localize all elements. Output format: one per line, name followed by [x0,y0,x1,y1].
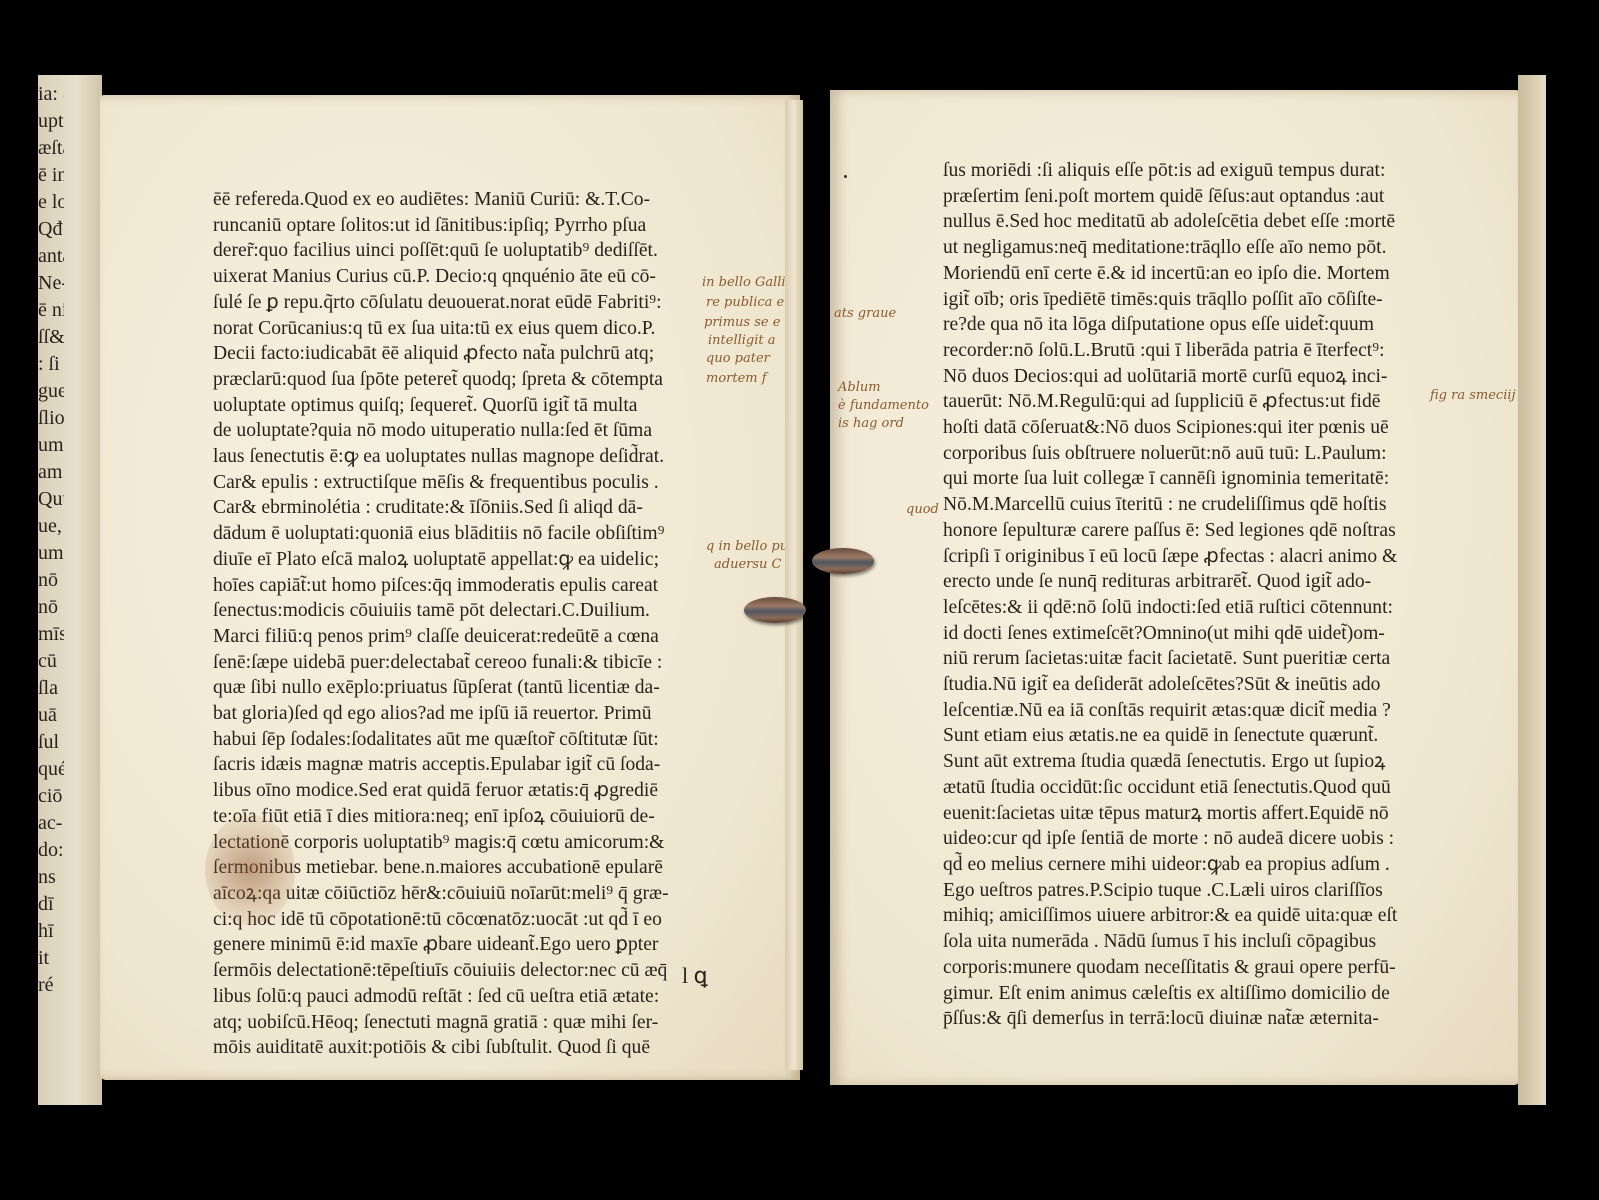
text-line: Nō.M.Marcellū cuius īteritū : ne crudeli… [943,492,1397,518]
text-line: id docti ſenes extimeſcēt?Omnino(ut mihi… [943,621,1397,647]
margin-note: intelligit a [708,331,776,351]
text-line: re?de qua nō ita lōga diſputatione opus … [943,312,1397,338]
water-stain [205,815,295,925]
text-line: hoīes capiāt̃:ut homo piſces:q̄q immoder… [213,573,669,599]
text-line: corporibus ſuis obſtruere noluerūt:nō au… [943,441,1397,467]
text-line: diuīe eī Plato eſcā maloꝝ uoluptatē appe… [213,547,669,573]
text-fragment: um [38,432,64,459]
margin-note: quo pater [706,349,770,369]
text-line: habui ſēp ſodales:ſodalitates aūt me quæ… [213,727,669,753]
text-line: ēē refereda.Quod ex eo audiētes: Maniū C… [213,187,669,213]
margin-note: re publica e [706,293,784,313]
text-fragment: ſul [38,729,64,756]
margin-note: mortem f [706,369,767,389]
text-line: ſola uita numerāda . Nādū ſumus ī his in… [943,929,1397,955]
text-line: bat gloria)ſed qd ego alios?ad me ipſū i… [213,701,669,727]
text-fragment: gue [38,378,64,405]
text-line: genere minimū ē:id maxīe ꝓbare uideant̃.… [213,932,669,958]
text-line: Moriendū enī certe ē.& id incertū:an eo … [943,261,1397,287]
text-line: ut negligamus:neq̄ meditatione:trāqllo e… [943,235,1397,261]
text-line: hoſti datā cōſeruat&:Nō duos Scipiones:q… [943,415,1397,441]
text-fragment: qué [38,756,64,783]
text-fragment: do: [38,837,64,864]
text-line: nullus ē.Sed hoc meditatū ab adoleſcētia… [943,209,1397,235]
text-fragment: dī [38,891,64,918]
text-line: Car& epulis : extructiſque mēſis & frequ… [213,470,669,496]
text-fragment: um [38,540,64,567]
text-line: ſulé ſe ꝑ repu.q̃rto cōſulatu deuouerat.… [213,290,669,316]
text-line: ſus moriēdi :ſi aliquis eſſe pōt:is ad e… [943,158,1397,184]
ink-speck [844,175,847,178]
text-fragment: cū [38,648,64,675]
text-fragment: ac- [38,810,64,837]
text-line: p̄ſſus:& q̄ſi demerſus in terrā:locū diu… [943,1006,1397,1032]
text-line: libus oīno modice.Sed erat quidā feruor … [213,778,669,804]
text-line: runcaniū optare ſolitos:ut id ſānitibus:… [213,213,669,239]
text-line: de uoluptate?quia nō modo uituperatio nu… [213,418,669,444]
folio-signature: l ꝗ [682,963,708,989]
text-line: ſenē:ſæpe uidebā puer:delectabat̃ cereoo… [213,650,669,676]
text-line: Marci filiū:q penos prim⁹ claſſe deuicer… [213,624,669,650]
previous-page-edge: ia: &upta-æſtaē ini-e lo-QđantaNe-ē ni-ſ… [38,75,102,1105]
text-line: igit̃ oīb; oris īpediētē timēs:quis trāq… [943,287,1397,313]
text-fragment: ē ni- [38,297,64,324]
text-line: ſtudia.Nū igit̃ ea deſiderāt adoleſcētes… [943,672,1397,698]
text-line: Sunt aūt extrema ſtudia quædā ſenectutis… [943,749,1397,775]
text-fragment: Quū [38,486,64,513]
text-line: præſertim ſeni.poſt mortem quidē ſēſus:a… [943,184,1397,210]
text-fragment: mīs [38,621,64,648]
text-line: euenit:ſacietas uitæ tēpus maturꝝ mortis… [943,801,1397,827]
text-fragment: ſlio [38,405,64,432]
text-line: norat Corūcanius:q tū ex ſua uita:tū ex … [213,316,669,342]
text-line: ſcripſi ī originibus ī eū locū ſæpe ꝓfec… [943,544,1397,570]
right-cover-edge [1518,75,1546,1105]
text-fragment: ſla [38,675,64,702]
text-line: mōis auiditatē auxit:potiōis & cibi ſubſ… [213,1035,669,1061]
text-line: ſermōis delectationē:tēpeſtiuīs cōuiuiis… [213,958,669,984]
previous-page-text-fragments: ia: &upta-æſtaē ini-e lo-QđantaNe-ē ni-ſ… [38,75,64,1111]
left-page-gutter [785,100,803,1070]
text-line: ci:q hoc idē tū cōpotationē:tū cōcœnatōz… [213,907,669,933]
text-fragment: ns [38,864,64,891]
text-fragment: am [38,459,64,486]
text-line: mihiq; amiciſſimos uiuere arbitror:& ea … [943,903,1397,929]
margin-note: fig ra smeciij [1430,386,1516,406]
text-fragment: ē ini- [38,162,64,189]
text-line: ſenectus:modicis cōuiuiis tamē pōt delec… [213,598,669,624]
text-fragment: it [38,945,64,972]
margin-note: primus se e [704,313,780,333]
right-page: ſus moriēdi :ſi aliquis eſſe pōt:is ad e… [830,90,1520,1085]
text-line: honore ſepulturæ carere paſſus ē: Sed le… [943,518,1397,544]
text-line: derer̃:quo facilius uinci poſſēt:quū ſe … [213,238,669,264]
margin-note: is hag ord [838,414,904,434]
text-fragment: nō [38,594,64,621]
text-line: tauerūt: Nō.M.Regulū:qui ad ſuppliciū ē … [943,389,1397,415]
margin-note: q in bello pun [706,537,796,557]
text-fragment: æſta [38,135,64,162]
text-line: corporis:munere quodam neceſſitatis & gr… [943,955,1397,981]
text-line: recorder:nō ſolū.L.Brutū :qui ī liberāda… [943,338,1397,364]
text-fragment: ciō [38,783,64,810]
text-line: uoluptate optimus quiſq; ſequeret̃. Quor… [213,393,669,419]
margin-note: quod [906,500,939,520]
text-line: ſacris idæis magnæ matris acceptis.Epula… [213,752,669,778]
left-page: ēē refereda.Quod ex eo audiētes: Maniū C… [100,95,800,1080]
text-line: præclarū:quod ſua ſpōte peteret̃ quodq; … [213,367,669,393]
text-fragment: nō [38,567,64,594]
text-line: Sunt etiam eius ætatis.ne ea quidē in ſe… [943,723,1397,749]
text-line: libus ſolū:q pauci admodū reſtāt : ſed c… [213,984,669,1010]
text-line: qui morte ſua luit collegæ ī cannēſi ign… [943,466,1397,492]
text-fragment: Ne- [38,270,64,297]
text-line: gimur. Eſt enim animus cæleſtis ex altiſ… [943,981,1397,1007]
bookmark-clip-bottom [744,597,806,623]
text-fragment: anta [38,243,64,270]
text-fragment: hī [38,918,64,945]
text-line: te:oīa fiūt etiā ī dies mitiora:neq; enī… [213,804,669,830]
right-page-body-text: ſus moriēdi :ſi aliquis eſſe pōt:is ad e… [943,158,1397,1032]
text-fragment: upta- [38,108,64,135]
bookmark-clip-top [812,548,874,574]
text-fragment: ré [38,972,64,999]
margin-note: aduersu C [714,555,781,575]
text-line: laus ſenectutis ē:ꝙ ea uoluptates nullas… [213,444,669,470]
text-line: Ego ueſtros patres.P.Scipio tuque .C.Læl… [943,878,1397,904]
text-line: leſcētes:& ii qdē:nō ſolū indocti:ſed et… [943,595,1397,621]
text-line: uideo:cur qd ipſe ſentiā de morte : nō a… [943,826,1397,852]
text-line: niū rerum ſacietas:uitæ facit ſacietatē.… [943,646,1397,672]
text-fragment: : ſi [38,351,64,378]
text-fragment: ia: & [38,81,64,108]
text-line: uixerat Manius Curius cū.P. Decio:q qnqu… [213,264,669,290]
text-line: Car& ebrminolétia : cruditate:& īſōniis.… [213,495,669,521]
text-line: erecto unde ſe nunq̄ redituras arbitrarē… [943,569,1397,595]
text-fragment: Qđ [38,216,64,243]
text-fragment: ue, [38,513,64,540]
text-line: leſcentiæ.Nū ea iā conſtās requirit ætas… [943,698,1397,724]
text-line: Nō duos Decios:qui ad uolūtariā mortē cu… [943,364,1397,390]
text-fragment: e lo- [38,189,64,216]
text-fragment: uā [38,702,64,729]
text-line: dādum ē uoluptati:quoniā eius blāditiis … [213,521,669,547]
text-line: atq; uobiſcū.Hēoq; ſenectuti magnā grati… [213,1010,669,1036]
text-fragment: ſſ&. [38,324,64,351]
text-line: ætatū ſtudia occidūt:ſic occidunt etiā ſ… [943,775,1397,801]
text-line: Decii facto:iudicabāt ēē aliquid ꝓfecto … [213,341,669,367]
margin-note: è fundamento [838,396,929,416]
text-line: qd̃ eo melius cernere mihi uideor:ꝙab ea… [943,852,1397,878]
margin-note: Ablum [838,378,881,398]
left-page-body-text: ēē refereda.Quod ex eo audiētes: Maniū C… [213,187,669,1061]
margin-note: ats graue [834,304,896,324]
text-line: quæ ſibi nullo exēplo:priuatus ſūpſerat … [213,675,669,701]
